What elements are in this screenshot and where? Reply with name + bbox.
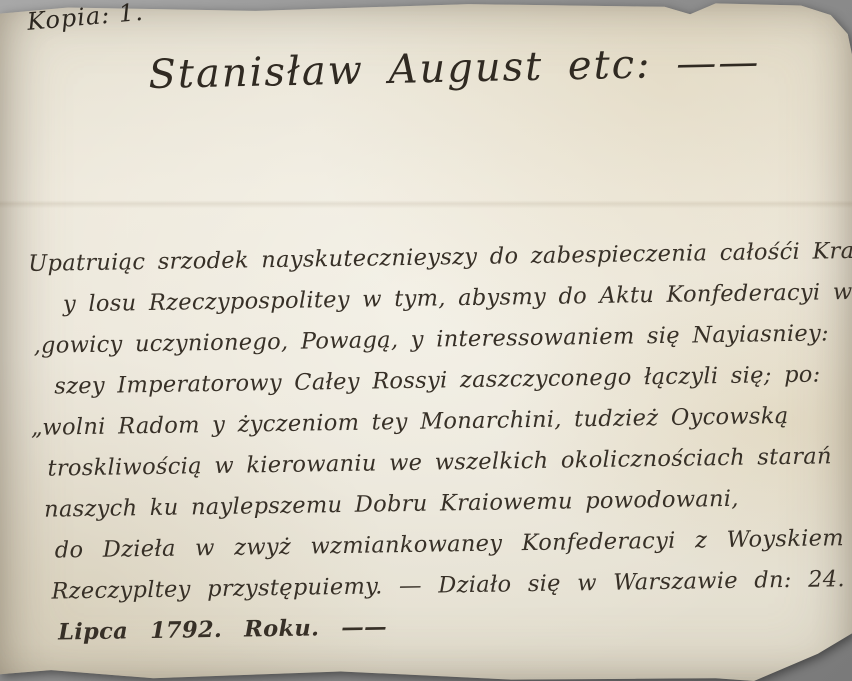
background: Kopia: 1. Stanisław August etc: —— Upatr…	[0, 0, 852, 681]
document-body: Upatruiąc srzodek nayskutecznieyszy do z…	[22, 231, 848, 654]
